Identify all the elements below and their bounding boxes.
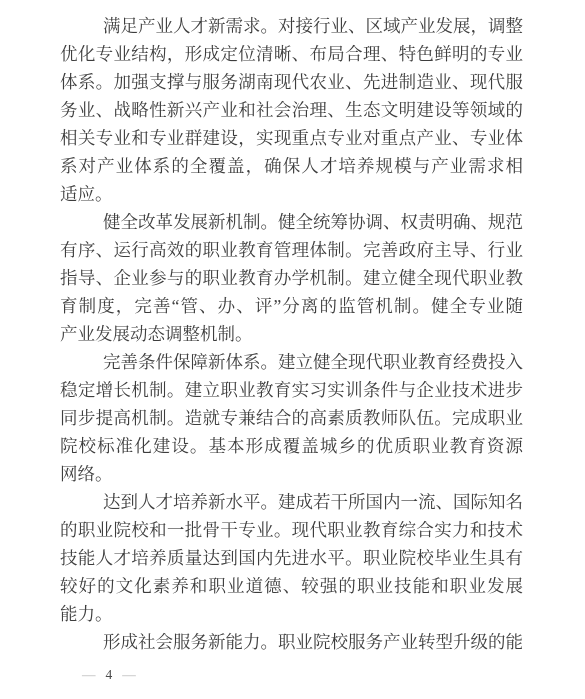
text-line: 形成社会服务新能力。职业院校服务产业转型升级的能 (60, 628, 523, 656)
text-line: 指导、企业参与的职业教育办学机制。建立健全现代职业教 (60, 264, 523, 292)
text-line: 相关专业和专业群建设，实现重点专业对重点产业、专业体 (60, 124, 523, 152)
text-line: 较好的文化素养和职业道德、较强的职业技能和职业发展 (60, 572, 523, 600)
text-line: 优化专业结构，形成定位清晰、布局合理、特色鲜明的专业 (60, 40, 523, 68)
text-line: 完善条件保障新体系。建立健全现代职业教育经费投入 (60, 348, 523, 376)
text-line: 体系。加强支撑与服务湖南现代农业、先进制造业、现代服 (60, 68, 523, 96)
page-number: 4 (106, 667, 113, 683)
text-line: 适应。 (60, 180, 523, 208)
document-page: 满足产业人才新需求。对接行业、区域产业发展，调整优化专业结构，形成定位清晰、布局… (0, 0, 585, 699)
text-line: 系对产业体系的全覆盖，确保人才培养规模与产业需求相 (60, 152, 523, 180)
text-line: 技能人才培养质量达到国内先进水平。职业院校毕业生具有 (60, 544, 523, 572)
page-number-dash-left: — (82, 667, 96, 683)
text-line: 稳定增长机制。建立职业教育实习实训条件与企业技术进步 (60, 376, 523, 404)
text-line: 网络。 (60, 460, 523, 488)
text-line: 务业、战略性新兴产业和社会治理、生态文明建设等领域的 (60, 96, 523, 124)
text-line: 有序、运行高效的职业教育管理体制。完善政府主导、行业 (60, 236, 523, 264)
text-line: 同步提高机制。造就专兼结合的高素质教师队伍。完成职业 (60, 404, 523, 432)
text-line: 的职业院校和一批骨干专业。现代职业教育综合实力和技术 (60, 516, 523, 544)
text-line: 育制度，完善“管、办、评”分离的监管机制。健全专业随 (60, 292, 523, 320)
text-line: 达到人才培养新水平。建成若干所国内一流、国际知名 (60, 488, 523, 516)
page-footer: — 4 — (82, 666, 136, 684)
text-line: 产业发展动态调整机制。 (60, 320, 523, 348)
text-line: 健全改革发展新机制。健全统筹协调、权责明确、规范 (60, 208, 523, 236)
text-line: 满足产业人才新需求。对接行业、区域产业发展，调整 (60, 12, 523, 40)
text-line: 能力。 (60, 600, 523, 628)
page-number-dash-right: — (122, 667, 136, 683)
text-line: 院校标准化建设。基本形成覆盖城乡的优质职业教育资源 (60, 432, 523, 460)
text-block: 满足产业人才新需求。对接行业、区域产业发展，调整优化专业结构，形成定位清晰、布局… (60, 12, 523, 656)
